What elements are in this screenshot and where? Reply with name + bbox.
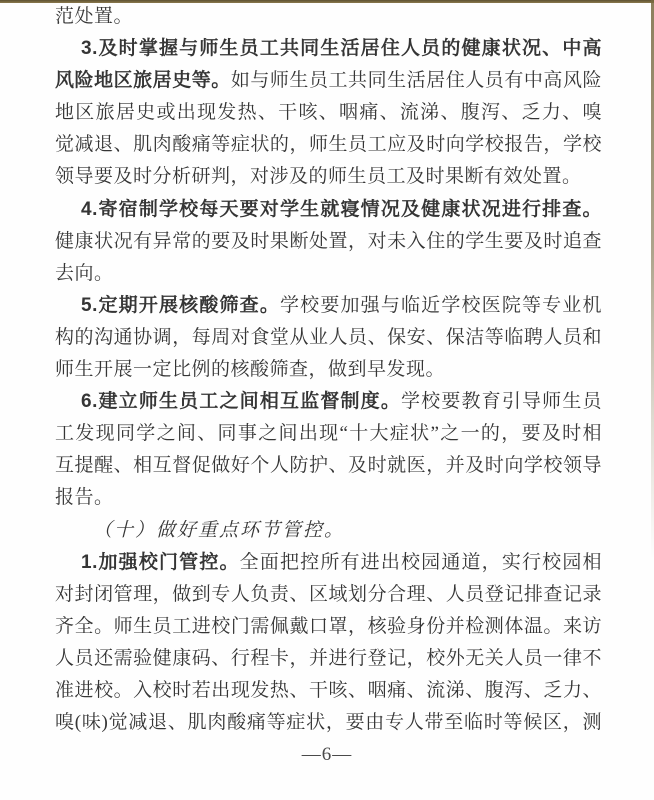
line-text: 领导要及时分析研判，对涉及的师生员工及时果断有效处置。 <box>55 166 582 187</box>
text-line: 报告。 <box>55 482 602 514</box>
text-line: 嗅(味)觉减退、肌肉酸痛等症状，要由专人带至临时等候区，测 <box>55 707 602 739</box>
text-line: 4.寄宿制学校每天要对学生就寝情况及健康状况进行排查。 <box>55 194 602 226</box>
document-body: 范处置。3.及时掌握与师生员工共同生活居住人员的健康状况、中高风险地区旅居史等。… <box>55 1 602 739</box>
line-text: 地区旅居史或出现发热、干咳、咽痛、流涕、腹泻、乏力、嗅(味) <box>55 102 602 129</box>
text-line: 健康状况有异常的要及时果断处置，对未入住的学生要及时追查 <box>55 226 602 258</box>
text-line: 去向。 <box>55 258 602 290</box>
text-line: 师生开展一定比例的核酸筛查，做到早发现。 <box>55 354 602 386</box>
text-line: 对封闭管理，做到专人负责、区域划分合理、人员登记排查记录 <box>55 579 602 611</box>
line-text: 如与师生员工共同生活居住人员有中高风险 <box>231 70 602 91</box>
text-line: 3.及时掌握与师生员工共同生活居住人员的健康状况、中高 <box>55 33 602 65</box>
bold-lead: 6.建立师生员工之间相互监督制度。 <box>81 391 401 412</box>
text-line: 工发现同学之间、同事之间出现“十大症状”之一的，要及时相 <box>55 418 602 450</box>
text-line: （十）做好重点环节管控。 <box>55 515 602 547</box>
line-text: 范处置。 <box>55 6 133 27</box>
line-text: 师生开展一定比例的核酸筛查，做到早发现。 <box>55 359 445 380</box>
bold-lead: 4.寄宿制学校每天要对学生就寝情况及健康状况进行排查。 <box>81 199 602 220</box>
text-line: 互提醒、相互督促做好个人防护、及时就医，并及时向学校领导 <box>55 450 602 482</box>
bold-lead: 3.及时掌握与师生员工共同生活居住人员的健康状况、中高 <box>81 38 602 59</box>
line-text: 去向。 <box>55 263 114 284</box>
bold-lead: 5.定期开展核酸筛查。 <box>81 295 280 316</box>
line-text: 嗅(味)觉减退、肌肉酸痛等症状，要由专人带至临时等候区，测 <box>55 712 602 733</box>
line-text: 构的沟通协调，每周对食堂从业人员、保安、保洁等临聘人员和 <box>55 327 602 348</box>
line-text: 互提醒、相互督促做好个人防护、及时就医，并及时向学校领导 <box>55 455 602 476</box>
text-line: 1.加强校门管控。全面把控所有进出校园通道，实行校园相 <box>55 547 602 579</box>
bold-lead: 风险地区旅居史等。 <box>55 70 231 91</box>
bold-lead: 1.加强校门管控。 <box>81 552 240 573</box>
text-line: 构的沟通协调，每周对食堂从业人员、保安、保洁等临聘人员和 <box>55 322 602 354</box>
line-text: （十）做好重点环节管控。 <box>93 520 345 541</box>
text-line: 齐全。师生员工进校门需佩戴口罩，核验身份并检测体温。来访 <box>55 611 602 643</box>
line-text: 觉减退、肌肉酸痛等症状的，师生员工应及时向学校报告，学校 <box>55 134 602 155</box>
line-text: 人员还需验健康码、行程卡，并进行登记，校外无关人员一律不 <box>55 648 602 669</box>
line-text: 工发现同学之间、同事之间出现“十大症状”之一的，要及时相 <box>55 423 602 444</box>
text-line: 6.建立师生员工之间相互监督制度。学校要教育引导师生员 <box>55 386 602 418</box>
line-text: 学校要加强与临近学校医院等专业机 <box>280 295 602 316</box>
text-line: 风险地区旅居史等。如与师生员工共同生活居住人员有中高风险 <box>55 65 602 97</box>
line-text: 全面把控所有进出校园通道，实行校园相 <box>240 552 602 573</box>
text-line: 范处置。 <box>55 1 602 33</box>
line-text: 对封闭管理，做到专人负责、区域划分合理、人员登记排查记录 <box>55 584 602 605</box>
line-text: 健康状况有异常的要及时果断处置，对未入住的学生要及时追查 <box>55 231 602 252</box>
text-line: 地区旅居史或出现发热、干咳、咽痛、流涕、腹泻、乏力、嗅(味) <box>55 97 602 129</box>
line-text: 报告。 <box>55 487 114 508</box>
line-text: 准进校。入校时若出现发热、干咳、咽痛、流涕、腹泻、乏力、 <box>55 680 602 701</box>
text-line: 领导要及时分析研判，对涉及的师生员工及时果断有效处置。 <box>55 161 602 193</box>
text-line: 5.定期开展核酸筛查。学校要加强与临近学校医院等专业机 <box>55 290 602 322</box>
text-line: 人员还需验健康码、行程卡，并进行登记，校外无关人员一律不 <box>55 643 602 675</box>
line-text: 学校要教育引导师生员 <box>401 391 602 412</box>
line-text: 齐全。师生员工进校门需佩戴口罩，核验身份并检测体温。来访 <box>55 616 602 637</box>
text-line: 准进校。入校时若出现发热、干咳、咽痛、流涕、腹泻、乏力、 <box>55 675 602 707</box>
text-line: 觉减退、肌肉酸痛等症状的，师生员工应及时向学校报告，学校 <box>55 129 602 161</box>
page-number: —6— <box>0 744 654 766</box>
document-page: 范处置。3.及时掌握与师生员工共同生活居住人员的健康状况、中高风险地区旅居史等。… <box>0 0 654 800</box>
